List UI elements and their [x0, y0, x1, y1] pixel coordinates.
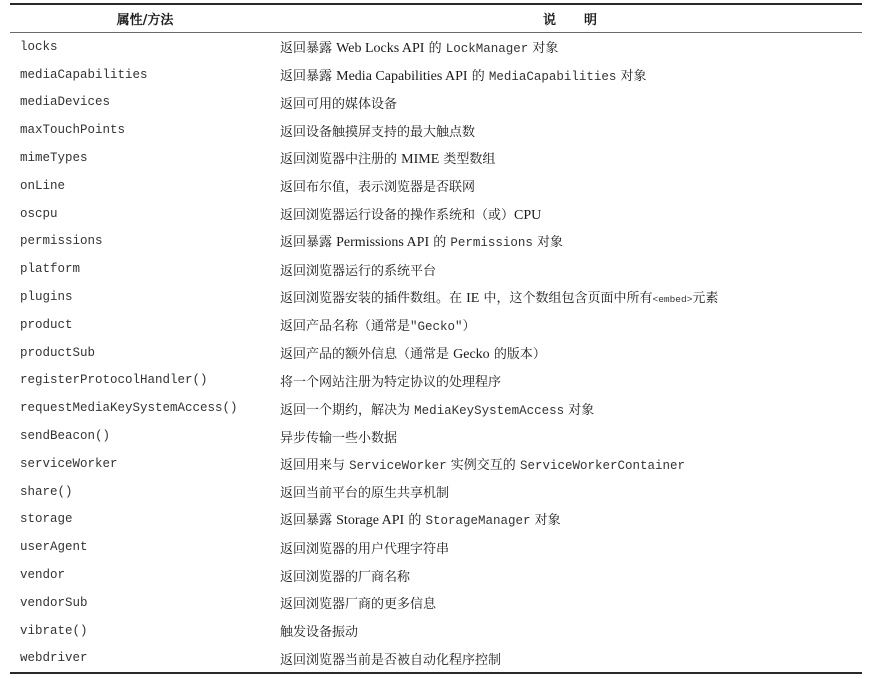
description-text: 返回暴露	[280, 41, 336, 56]
table-row: mediaCapabilities返回暴露 Media Capabilities…	[10, 61, 862, 89]
table-row: platform返回浏览器运行的系统平台	[10, 255, 862, 283]
description-text: 对象	[616, 69, 646, 84]
description-text: 返回一个期约，解决为	[280, 403, 414, 418]
table-row: vendor返回浏览器的厂商名称	[10, 561, 862, 589]
description-text: 的	[429, 235, 450, 250]
description-cell: 返回浏览器中注册的 MIME 类型数组	[280, 144, 862, 172]
code-tag: <embed>	[653, 294, 693, 305]
description-text: 对象	[533, 235, 563, 250]
description-text: ）	[463, 319, 476, 334]
description-text: 中，这个数组包含页面中所有	[479, 291, 652, 306]
property-name-cell: maxTouchPoints	[10, 116, 280, 144]
table-row: product返回产品名称（通常是"Gecko"）	[10, 311, 862, 339]
description-cell: 返回浏览器运行的系统平台	[280, 255, 862, 283]
description-cell: 返回浏览器安装的插件数组。在 IE 中，这个数组包含页面中所有<embed>元素	[280, 283, 862, 311]
property-name-cell: mediaCapabilities	[10, 61, 280, 89]
description-text: 返回浏览器厂商的更多信息	[280, 597, 436, 612]
description-cell: 将一个网站注册为特定协议的处理程序	[280, 367, 862, 395]
table-row: sendBeacon()异步传输一些小数据	[10, 422, 862, 450]
code-identifier: MediaKeySystemAccess	[414, 404, 564, 418]
description-cell: 返回一个期约，解决为 MediaKeySystemAccess 对象	[280, 394, 862, 422]
property-name-cell: registerProtocolHandler()	[10, 367, 280, 395]
property-name-cell: storage	[10, 506, 280, 534]
table-row: storage返回暴露 Storage API 的 StorageManager…	[10, 506, 862, 534]
property-name-cell: vendor	[10, 561, 280, 589]
description-text: 返回浏览器当前是否被自动化程序控制	[280, 653, 501, 668]
api-name-text: Permissions API	[336, 235, 429, 250]
description-text: 返回浏览器安装的插件数组。在	[280, 291, 466, 306]
property-name-cell: plugins	[10, 283, 280, 311]
table-row: serviceWorker返回用来与 ServiceWorker 实例交互的 S…	[10, 450, 862, 478]
description-text: 返回可用的媒体设备	[280, 97, 397, 112]
api-name-text: CPU	[514, 208, 541, 223]
table-row: permissions返回暴露 Permissions API 的 Permis…	[10, 228, 862, 256]
description-cell: 异步传输一些小数据	[280, 422, 862, 450]
table-row: maxTouchPoints返回设备触摸屏支持的最大触点数	[10, 116, 862, 144]
property-name-cell: productSub	[10, 339, 280, 367]
api-name-text: Gecko	[453, 347, 490, 362]
api-name-text: Media Capabilities API	[336, 69, 467, 84]
api-name-text: IE	[466, 291, 479, 306]
description-cell: 返回浏览器当前是否被自动化程序控制	[280, 645, 862, 674]
header-row: 属性/方法 说明	[10, 4, 862, 33]
property-name-cell: permissions	[10, 228, 280, 256]
api-name-text: Storage API	[336, 513, 404, 528]
description-cell: 返回当前平台的原生共享机制	[280, 478, 862, 506]
table-row: vibrate()触发设备振动	[10, 617, 862, 645]
description-text: 返回布尔值，表示浏览器是否联网	[280, 180, 475, 195]
table-row: requestMediaKeySystemAccess()返回一个期约，解决为 …	[10, 394, 862, 422]
description-cell: 返回浏览器厂商的更多信息	[280, 589, 862, 617]
description-cell: 返回暴露 Storage API 的 StorageManager 对象	[280, 506, 862, 534]
table-row: registerProtocolHandler()将一个网站注册为特定协议的处理…	[10, 367, 862, 395]
table-row: vendorSub返回浏览器厂商的更多信息	[10, 589, 862, 617]
description-cell: 返回可用的媒体设备	[280, 89, 862, 117]
property-name-cell: onLine	[10, 172, 280, 200]
description-text: 将一个网站注册为特定协议的处理程序	[280, 375, 501, 390]
property-name-cell: locks	[10, 33, 280, 61]
property-name-cell: mediaDevices	[10, 89, 280, 117]
navigator-properties-table-container: 属性/方法 说明 locks返回暴露 Web Locks API 的 LockM…	[10, 3, 862, 674]
table-body: locks返回暴露 Web Locks API 的 LockManager 对象…	[10, 33, 862, 674]
property-name-cell: platform	[10, 255, 280, 283]
description-cell: 返回暴露 Media Capabilities API 的 MediaCapab…	[280, 61, 862, 89]
header-description: 说明	[280, 4, 862, 33]
description-cell: 返回暴露 Permissions API 的 Permissions 对象	[280, 228, 862, 256]
description-cell: 返回布尔值，表示浏览器是否联网	[280, 172, 862, 200]
description-text: 返回暴露	[280, 69, 336, 84]
description-text: 返回当前平台的原生共享机制	[280, 486, 449, 501]
description-text: 异步传输一些小数据	[280, 431, 397, 446]
description-text: 元素	[692, 291, 718, 306]
property-name-cell: serviceWorker	[10, 450, 280, 478]
table-row: userAgent返回浏览器的用户代理字符串	[10, 533, 862, 561]
header-description-part-1: 说	[543, 13, 558, 28]
code-identifier: LockManager	[446, 42, 529, 56]
api-name-text: MIME	[401, 152, 439, 167]
description-text: 返回浏览器运行设备的操作系统和（或）	[280, 208, 514, 223]
description-text: 对象	[528, 41, 558, 56]
table-row: productSub返回产品的额外信息（通常是 Gecko 的版本）	[10, 339, 862, 367]
property-name-cell: product	[10, 311, 280, 339]
description-text: 对象	[531, 513, 561, 528]
description-cell: 返回浏览器的用户代理字符串	[280, 533, 862, 561]
code-identifier: ServiceWorkerContainer	[520, 459, 685, 473]
table-row: webdriver返回浏览器当前是否被自动化程序控制	[10, 645, 862, 674]
description-text: 实例交互的	[447, 458, 520, 473]
description-cell: 返回浏览器的厂商名称	[280, 561, 862, 589]
navigator-properties-table: 属性/方法 说明 locks返回暴露 Web Locks API 的 LockM…	[10, 3, 862, 674]
description-cell: 返回设备触摸屏支持的最大触点数	[280, 116, 862, 144]
code-identifier: StorageManager	[425, 514, 530, 528]
description-cell: 返回用来与 ServiceWorker 实例交互的 ServiceWorkerC…	[280, 450, 862, 478]
table-row: locks返回暴露 Web Locks API 的 LockManager 对象	[10, 33, 862, 61]
description-text: 返回用来与	[280, 458, 349, 473]
description-text: 的	[424, 41, 445, 56]
table-row: mediaDevices返回可用的媒体设备	[10, 89, 862, 117]
table-row: share()返回当前平台的原生共享机制	[10, 478, 862, 506]
property-name-cell: share()	[10, 478, 280, 506]
table-row: oscpu返回浏览器运行设备的操作系统和（或）CPU	[10, 200, 862, 228]
description-text: 的	[404, 513, 425, 528]
header-description-part-2: 明	[584, 13, 599, 28]
description-text: 返回暴露	[280, 513, 336, 528]
description-text: 返回浏览器运行的系统平台	[280, 264, 436, 279]
property-name-cell: webdriver	[10, 645, 280, 674]
description-text: 触发设备振动	[280, 625, 358, 640]
property-name-cell: oscpu	[10, 200, 280, 228]
code-identifier: MediaCapabilities	[489, 70, 617, 84]
table-row: plugins返回浏览器安装的插件数组。在 IE 中，这个数组包含页面中所有<e…	[10, 283, 862, 311]
description-cell: 触发设备振动	[280, 617, 862, 645]
description-text: 的	[468, 69, 489, 84]
property-name-cell: mimeTypes	[10, 144, 280, 172]
property-name-cell: sendBeacon()	[10, 422, 280, 450]
code-identifier: "Gecko"	[410, 320, 463, 334]
description-cell: 返回产品名称（通常是"Gecko"）	[280, 311, 862, 339]
description-text: 返回产品的额外信息（通常是	[280, 347, 453, 362]
description-text: 对象	[564, 403, 594, 418]
description-cell: 返回浏览器运行设备的操作系统和（或）CPU	[280, 200, 862, 228]
description-text: 返回浏览器的用户代理字符串	[280, 542, 449, 557]
table-row: onLine返回布尔值，表示浏览器是否联网	[10, 172, 862, 200]
api-name-text: Web Locks API	[336, 41, 424, 56]
property-name-cell: vibrate()	[10, 617, 280, 645]
description-text: 类型数组	[439, 152, 495, 167]
code-identifier: ServiceWorker	[349, 459, 447, 473]
description-text: 返回产品名称（通常是	[280, 319, 410, 334]
property-name-cell: userAgent	[10, 533, 280, 561]
description-text: 返回暴露	[280, 235, 336, 250]
table-row: mimeTypes返回浏览器中注册的 MIME 类型数组	[10, 144, 862, 172]
table-header: 属性/方法 说明	[10, 4, 862, 33]
header-property-method: 属性/方法	[10, 4, 280, 33]
property-name-cell: vendorSub	[10, 589, 280, 617]
description-text: 返回浏览器的厂商名称	[280, 570, 410, 585]
description-text: 的版本）	[490, 347, 546, 362]
description-text: 返回浏览器中注册的	[280, 152, 401, 167]
description-cell: 返回暴露 Web Locks API 的 LockManager 对象	[280, 33, 862, 61]
description-cell: 返回产品的额外信息（通常是 Gecko 的版本）	[280, 339, 862, 367]
description-text: 返回设备触摸屏支持的最大触点数	[280, 125, 475, 140]
property-name-cell: requestMediaKeySystemAccess()	[10, 394, 280, 422]
code-identifier: Permissions	[450, 236, 533, 250]
